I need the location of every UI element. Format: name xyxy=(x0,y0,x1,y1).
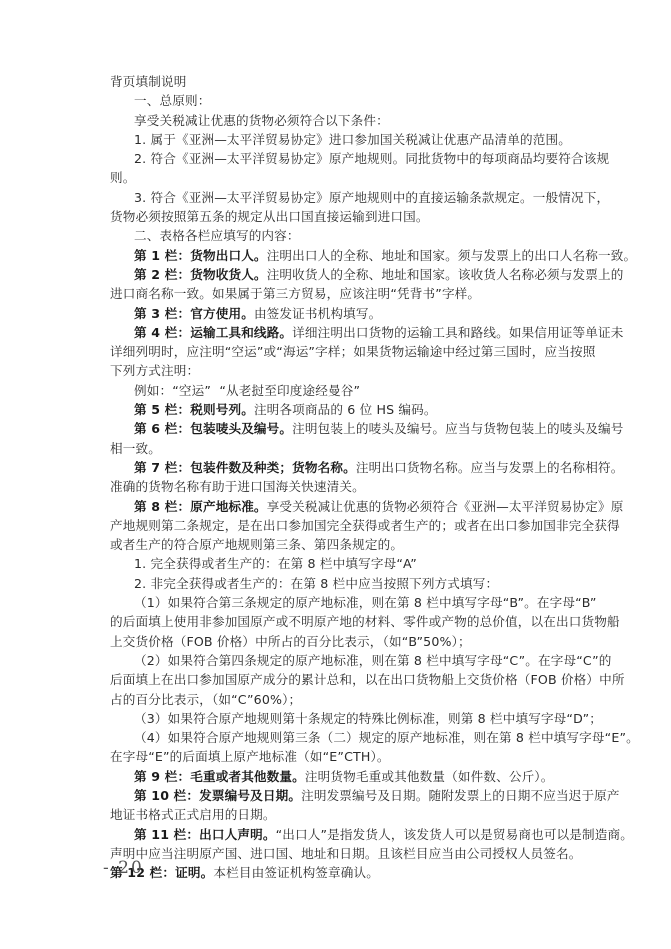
field-text: 注明出口货物名称。应当与发票上的名称相符。 xyxy=(356,460,624,475)
section-heading-fields: 二、表格各栏应填写的内容： xyxy=(110,226,578,245)
field-text: 由签发证书机构填写。 xyxy=(254,306,381,321)
page-title: 背页填制说明 xyxy=(110,72,578,91)
field-label: 第 2 栏：货物收货人。 xyxy=(134,267,267,282)
field-text-continued: 产地规则第二条规定，是在出口参加国完全获得或者生产的；或者在出口参加国非完全获得 xyxy=(110,516,578,535)
field-label: 第 5 栏：税则号列。 xyxy=(134,402,254,417)
field-label: 第 3 栏：官方使用。 xyxy=(134,306,254,321)
field-text-continued: 准确的货物名称有助于进口国海关快速清关。 xyxy=(110,477,578,496)
field-text: 详细注明出口货物的运输工具和路线。如果信用证等单证未 xyxy=(292,325,623,340)
field-text: 本栏目由签证机构签章确认。 xyxy=(213,865,379,880)
field-box-5: 第 5 栏：税则号列。注明各项商品的 6 位 HS 编码。 xyxy=(110,400,578,419)
field-box-8: 第 8 栏：原产地标准。享受关税减让优惠的货物必须符合《亚洲—太平洋贸易协定》原 xyxy=(110,497,578,516)
list-item: 3. 符合《亚洲—太平洋贸易协定》原产地规则中的直接运输条款规定。一般情况下， xyxy=(110,188,578,207)
field-text: 注明货物毛重或其他数量（如件数、公斤）。 xyxy=(305,769,554,784)
section-heading-general: 一、总原则： xyxy=(110,91,578,110)
field-box-3: 第 3 栏：官方使用。由签发证书机构填写。 xyxy=(110,304,578,323)
field-text: 注明出口人的全称、地址和国家。须与发票上的出口人名称一致。 xyxy=(267,248,637,263)
field-box-11: 第 11 栏：出口人声明。“出口人”是指发货人，该发货人可以是贸易商也可以是制造… xyxy=(110,825,578,844)
field-text: 享受关税减让优惠的货物必须符合《亚洲—太平洋贸易协定》原 xyxy=(267,499,624,514)
field-text-continued: 声明中应当注明原产国、进口国、地址和日期。且该栏目应当由公司授权人员签名。 xyxy=(110,844,578,863)
origin-subrule-3: （3）如果符合原产地规则第十条规定的特殊比例标准，则第 8 栏中填写字母“D”； xyxy=(110,709,578,728)
origin-subrule-2: （2）如果符合第四条规定的原产地标准，则在第 8 栏中填写字母“C”。在字母“C… xyxy=(110,651,578,670)
field-text: 注明收货人的全称、地址和国家。该收货人名称必须与发票上的 xyxy=(267,267,624,282)
example-line: 例如：“空运” “从老挝至印度途经曼谷” xyxy=(110,381,578,400)
field-label: 第 6 栏：包装唛头及编号。 xyxy=(134,421,292,436)
origin-subrule-4: （4）如果符合原产地规则第三条（二）规定的原产地标准，则在第 8 栏中填写字母“… xyxy=(110,728,578,747)
field-box-2: 第 2 栏：货物收货人。注明收货人的全称、地址和国家。该收货人名称必须与发票上的 xyxy=(110,265,578,284)
field-text-continued: 相一致。 xyxy=(110,439,578,458)
field-text: 注明包装上的唛头及编号。应当与货物包装上的唛头及编号 xyxy=(292,421,623,436)
field-box-6: 第 6 栏：包装唛头及编号。注明包装上的唛头及编号。应当与货物包装上的唛头及编号 xyxy=(110,419,578,438)
field-label: 第 9 栏：毛重或者其他数量。 xyxy=(134,769,305,784)
field-text: “出口人”是指发货人，该发货人可以是贸易商也可以是制造商。 xyxy=(276,827,633,842)
field-label: 第 4 栏：运输工具和线路。 xyxy=(134,325,292,340)
field-text-continued: 下列方式注明： xyxy=(110,361,578,380)
origin-subrule-1: （1）如果符合第三条规定的原产地标准，则在第 8 栏中填写字母“B”。在字母“B… xyxy=(110,593,578,612)
origin-subrule-continued: 的后面填上使用非参加国原产或不明原产地的材料、零件或产物的总价值，以在出口货物船 xyxy=(110,612,578,631)
field-box-4: 第 4 栏：运输工具和线路。详细注明出口货物的运输工具和路线。如果信用证等单证未 xyxy=(110,323,578,342)
field-label: 第 10 栏：发票编号及日期。 xyxy=(134,788,301,803)
field-label: 第 7 栏：包装件数及种类；货物名称。 xyxy=(134,460,356,475)
origin-subrule-continued: 占的百分比表示，（如“C”60%）； xyxy=(110,690,578,709)
origin-rule-2: 2. 非完全获得或者生产的：在第 8 栏中应当按照下列方式填写： xyxy=(110,574,578,593)
paragraph: 享受关税减让优惠的货物必须符合以下条件： xyxy=(110,111,578,130)
list-item-continued: 货物必须按照第五条的规定从出口国直接运输到进口国。 xyxy=(110,207,578,226)
field-text-continued: 详细列明时，应注明“空运”或“海运”字样；如果货物运输途中经过第三国时，应当按照 xyxy=(110,342,578,361)
origin-subrule-continued: 后面填上在出口参加国原产成分的累计总和，以在出口货物船上交货价格（FOB 价格）… xyxy=(110,670,578,689)
origin-subrule-continued: 在字母“E”的后面填上原产地标准（如“E”CTH）。 xyxy=(110,747,578,766)
field-text-continued: 进口商名称一致。如果属于第三方贸易，应该注明“凭背书”字样。 xyxy=(110,284,578,303)
field-label: 第 11 栏：出口人声明。 xyxy=(134,827,276,842)
field-box-7: 第 7 栏：包装件数及种类；货物名称。注明出口货物名称。应当与发票上的名称相符。 xyxy=(110,458,578,477)
field-text: 注明发票编号及日期。随附发票上的日期不应当迟于原产 xyxy=(301,788,620,803)
field-box-1: 第 1 栏：货物出口人。注明出口人的全称、地址和国家。须与发票上的出口人名称一致… xyxy=(110,246,578,265)
page-number: - 20 - xyxy=(103,858,159,878)
origin-subrule-continued: 上交货价格（FOB 价格）中所占的百分比表示，（如“B”50%）； xyxy=(110,632,578,651)
field-box-9: 第 9 栏：毛重或者其他数量。注明货物毛重或其他数量（如件数、公斤）。 xyxy=(110,767,578,786)
field-text-continued: 地证书格式正式启用的日期。 xyxy=(110,805,578,824)
field-box-10: 第 10 栏：发票编号及日期。注明发票编号及日期。随附发票上的日期不应当迟于原产 xyxy=(110,786,578,805)
field-box-12: 第 12 栏：证明。本栏目由签证机构签章确认。 xyxy=(110,863,578,882)
list-item: 2. 符合《亚洲—太平洋贸易协定》原产地规则。同批货物中的每项商品均要符合该规 xyxy=(110,149,578,168)
list-item-continued: 则。 xyxy=(110,168,578,187)
origin-rule-1: 1. 完全获得或者生产的：在第 8 栏中填写字母“A” xyxy=(110,554,578,573)
field-text: 注明各项商品的 6 位 HS 编码。 xyxy=(254,402,437,417)
field-label: 第 1 栏：货物出口人。 xyxy=(134,248,267,263)
field-label: 第 8 栏：原产地标准。 xyxy=(134,499,267,514)
list-item: 1. 属于《亚洲—太平洋贸易协定》进口参加国关税减让优惠产品清单的范围。 xyxy=(110,130,578,149)
field-text-continued: 或者生产的符合原产地规则第三条、第四条规定的。 xyxy=(110,535,578,554)
document-page: 背页填制说明 一、总原则： 享受关税减让优惠的货物必须符合以下条件： 1. 属于… xyxy=(110,72,578,882)
